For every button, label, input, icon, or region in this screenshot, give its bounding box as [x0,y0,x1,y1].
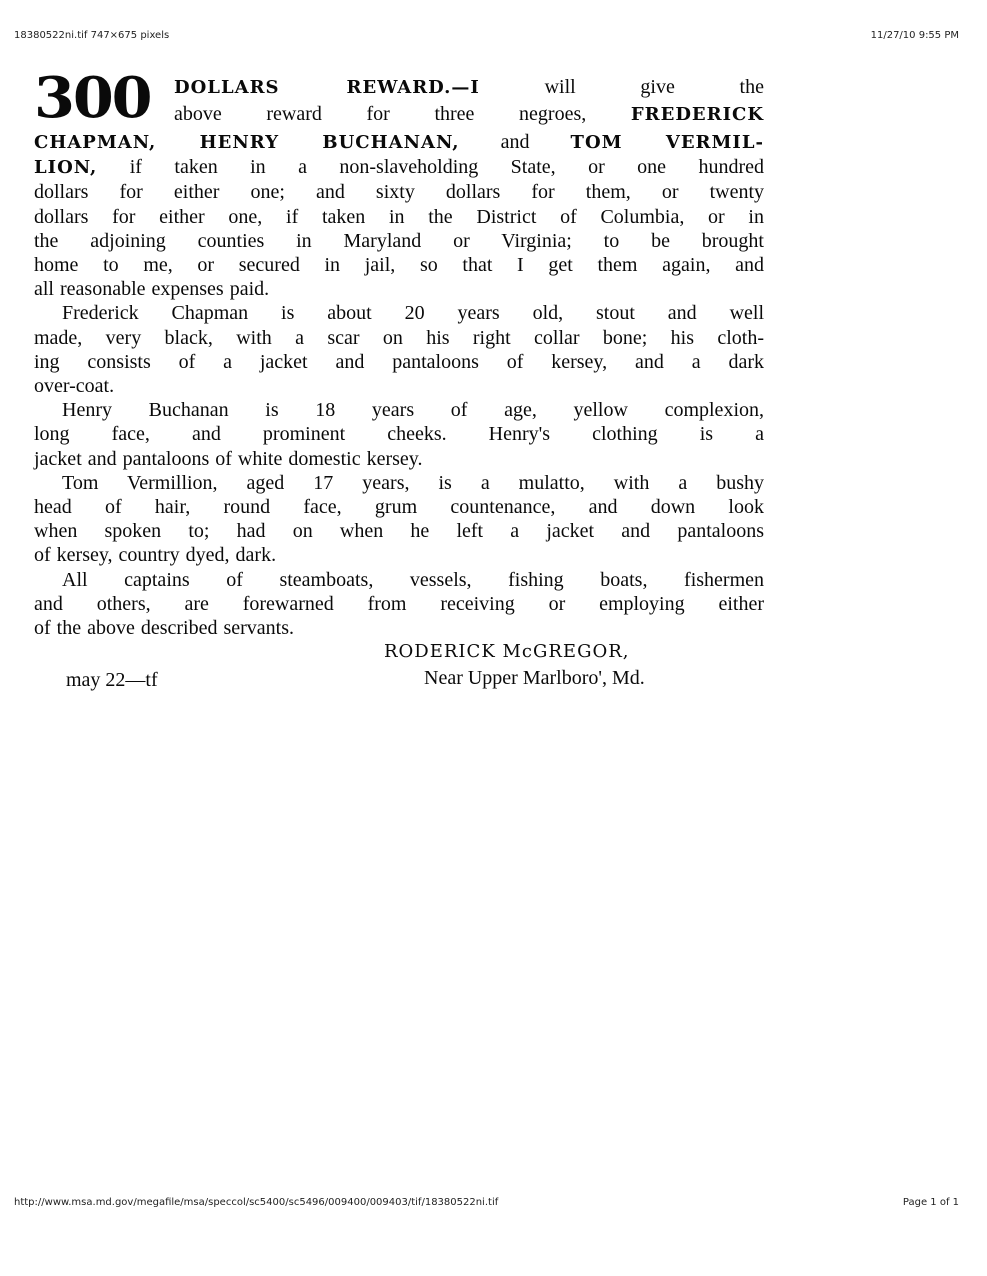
text-line: CHAPMAN, HENRY BUCHANAN, and TOM VERMIL- [34,130,764,155]
paragraph-tom: Tom Vermillion, aged 17 years, is a mula… [34,471,764,568]
text-line: dollars for either one; and sixty dollar… [34,180,764,204]
dateline: may 22—tf [66,668,158,692]
text-line: LION, if taken in a non-slaveholding Sta… [34,155,764,180]
signatory-place: Near Upper Marlboro', Md. [424,666,645,690]
signatory-name: RODERICK McGREGOR, [384,640,629,664]
text-line: of kersey, country dyed, dark. [34,543,764,567]
text-line: Henry Buchanan is 18 years of age, yello… [34,398,764,422]
text-line: over-coat. [34,374,764,398]
text-line: of the above described servants. [34,616,764,640]
document-title: 18380522ni.tif 747×675 pixels [14,30,169,41]
headline-text: DOLLARS REWARD.—I will give the above re… [174,74,764,128]
page-indicator: Page 1 of 1 [903,1197,959,1208]
paragraph-frederick: Frederick Chapman is about 20 years old,… [34,301,764,398]
text-line: Tom Vermillion, aged 17 years, is a mula… [34,471,764,495]
signature-block: RODERICK McGREGOR, may 22—tf Near Upper … [34,640,764,692]
headline-line-1: DOLLARS REWARD.—I will give the [174,74,764,101]
text-line: home to me, or secured in jail, so that … [34,253,764,277]
text-line: All captains of steamboats, vessels, fis… [34,568,764,592]
text-line: when spoken to; had on when he left a ja… [34,519,764,543]
reward-amount: 300 [34,68,150,128]
text-line: the adjoining counties in Maryland or Vi… [34,229,764,253]
text-line: ing consists of a jacket and pantaloons … [34,350,764,374]
text-line: made, very black, with a scar on his rig… [34,326,764,350]
text-line: head of hair, round face, grum countenan… [34,495,764,519]
headline: 300 DOLLARS REWARD.—I will give the abov… [34,74,764,130]
paragraph-henry: Henry Buchanan is 18 years of age, yello… [34,398,764,471]
text-line: Frederick Chapman is about 20 years old,… [34,301,764,325]
paragraph-warning: All captains of steamboats, vessels, fis… [34,568,764,641]
text-line: all reasonable expenses paid. [34,277,764,301]
newspaper-advertisement: 300 DOLLARS REWARD.—I will give the abov… [34,74,764,692]
text-line: dollars for either one, if taken in the … [34,205,764,229]
text-line: jacket and pantaloons of white domestic … [34,447,764,471]
text-line: long face, and prominent cheeks. Henry's… [34,422,764,446]
source-url: http://www.msa.md.gov/megafile/msa/specc… [14,1197,498,1208]
headline-line-2: above reward for three negroes, FREDERIC… [174,101,764,128]
text-line: and others, are forewarned from receivin… [34,592,764,616]
paragraph-terms: CHAPMAN, HENRY BUCHANAN, and TOM VERMIL-… [34,130,764,301]
headline-caps: DOLLARS REWARD.—I [174,77,480,98]
print-datetime: 11/27/10 9:55 PM [871,30,959,41]
